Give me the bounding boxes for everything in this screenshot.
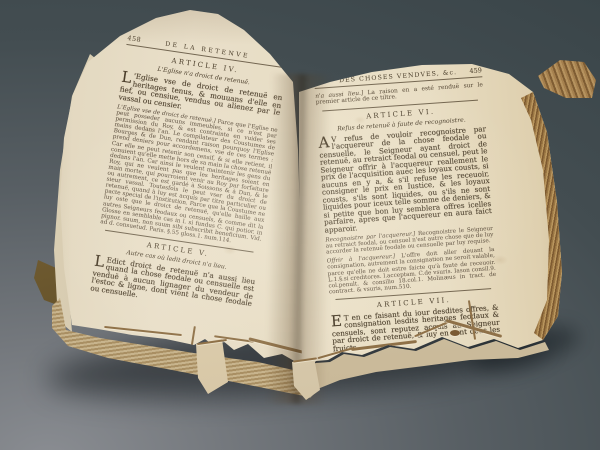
article-vi: ARTICLE VI. Refus de retenuë à faute de … bbox=[317, 104, 497, 296]
left-page-number: 458 bbox=[127, 34, 152, 45]
article-v: ARTICLE V. Autre cas où ledit droict n'a… bbox=[90, 234, 259, 316]
right-running-head: DES CHOSES VENDVES, &c. bbox=[338, 69, 458, 84]
worm-hole bbox=[450, 330, 460, 336]
article-iv: ARTICLE IV. L'Eglise n'a droict de reten… bbox=[100, 50, 286, 249]
article-v-body-text: Edict droict de retenuë n'a aussi lieu q… bbox=[90, 255, 256, 308]
dropcap-letter: A bbox=[318, 136, 332, 149]
header-spacer bbox=[314, 82, 338, 84]
article-iv-annotation: L'Eglise vse de droict de retenuë.] Parc… bbox=[100, 104, 278, 248]
tear-crack bbox=[249, 337, 304, 353]
annotation-text: L'offre doit aller deuant la consignatio… bbox=[327, 247, 496, 295]
left-page-text-block: 458 DE LA RETENVE ARTICLE IV. L'Eglise n… bbox=[89, 34, 288, 319]
tear-crack bbox=[104, 326, 182, 336]
annotation-text: Parce que l'Eglise ne peut posseder aucu… bbox=[100, 110, 278, 244]
right-page-number: 459 bbox=[458, 66, 482, 76]
article-vi-annotation-2: Offrir à l'acquereur.] L'offre doit alle… bbox=[327, 247, 497, 295]
photo-scene: 458 DE LA RETENVE ARTICLE IV. L'Eglise n… bbox=[0, 0, 600, 450]
article-vi-body-text: V refus de vouloir recognoistre par l'ac… bbox=[319, 124, 492, 234]
header-spacer bbox=[264, 60, 288, 64]
article-vi-body: AV refus de vouloir recognoistre par l'a… bbox=[318, 125, 492, 234]
right-page-text-block: DES CHOSES VENDVES, &c. 459 n'a aussi li… bbox=[314, 66, 502, 364]
dropcap-letter: E bbox=[331, 314, 345, 327]
